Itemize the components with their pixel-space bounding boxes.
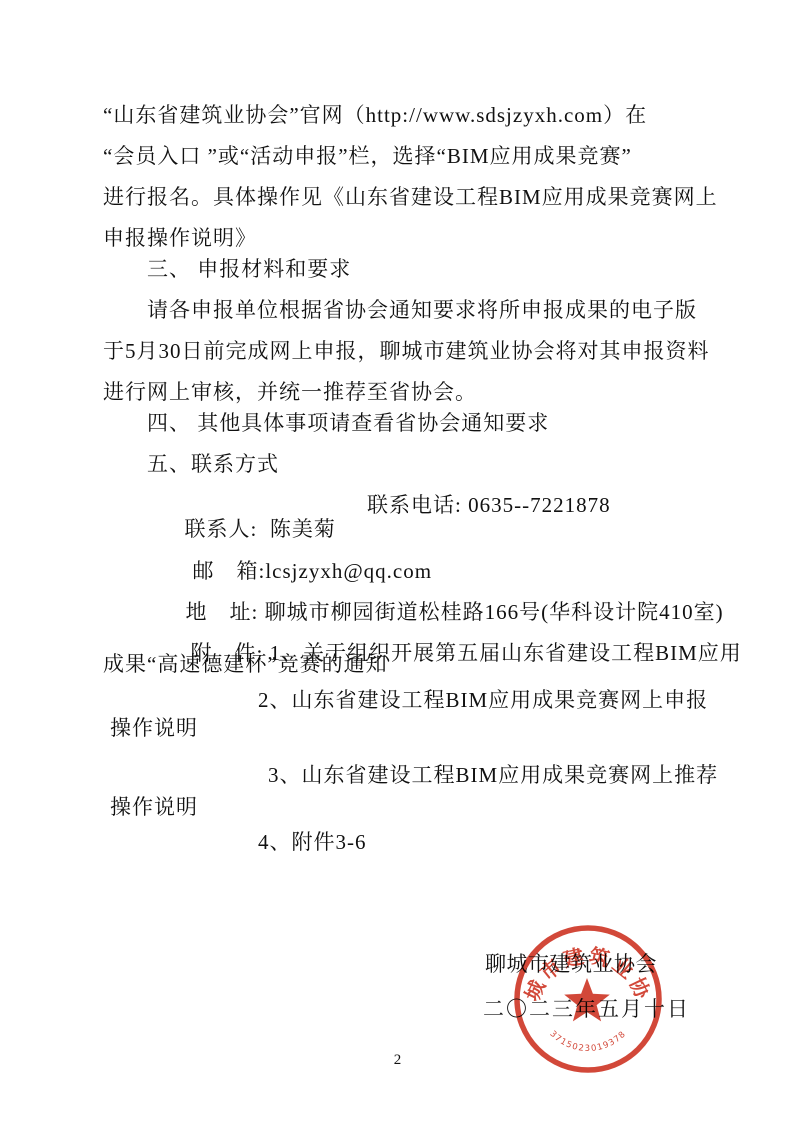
seal-star-icon <box>564 978 610 1021</box>
seal-number: 3715023019378 <box>548 1029 629 1054</box>
attachment-item3-line1: 3、山东省建设工程BIM应用成果竞赛网上推荐 <box>268 763 718 787</box>
attachment-item2-line1: 2、山东省建设工程BIM应用成果竞赛网上申报 <box>258 688 708 712</box>
section5-heading: 五、联系方式 <box>147 452 279 476</box>
contact-phone-value: 0635--7221878 <box>468 493 611 517</box>
paragraph1-line1: “山东省建筑业协会”官网（http://www.sdsjzyxh.com）在 <box>103 103 647 127</box>
paragraph1-line3: 进行报名。具体操作见《山东省建设工程BIM应用成果竞赛网上 <box>103 185 718 209</box>
contact-phone-group: 联系电话: 0635--7221878 <box>367 493 611 517</box>
paragraph3-line2: 于5月30日前完成网上申报，聊城市建筑业协会将对其申报资料 <box>103 339 710 363</box>
document-page: “山东省建筑业协会”官网（http://www.sdsjzyxh.com）在 “… <box>0 0 795 1123</box>
paragraph3-line3: 进行网上审核，并统一推荐至省协会。 <box>103 380 477 404</box>
paragraph3-line1: 请各申报单位根据省协会通知要求将所申报成果的电子版 <box>147 298 697 322</box>
section4-heading: 四、 其他具体事项请查看省协会通知要求 <box>147 411 549 435</box>
page-number: 2 <box>0 1052 795 1069</box>
contact-phone-label: 联系电话: <box>367 493 468 517</box>
paragraph1-line2: “会员入口 ”或“活动申报”栏，选择“BIM应用成果竞赛” <box>103 144 632 168</box>
attachment-item1-line2: 成果“高速德建杯”竞赛的通知 <box>103 652 388 676</box>
attachment-item4: 4、附件3-6 <box>258 830 367 854</box>
attachment-item2-line2: 操作说明 <box>110 716 198 740</box>
attachment-item3-line2: 操作说明 <box>110 795 198 819</box>
paragraph1-line4: 申报操作说明》 <box>103 226 257 250</box>
section3-heading: 三、 申报材料和要求 <box>147 257 351 281</box>
